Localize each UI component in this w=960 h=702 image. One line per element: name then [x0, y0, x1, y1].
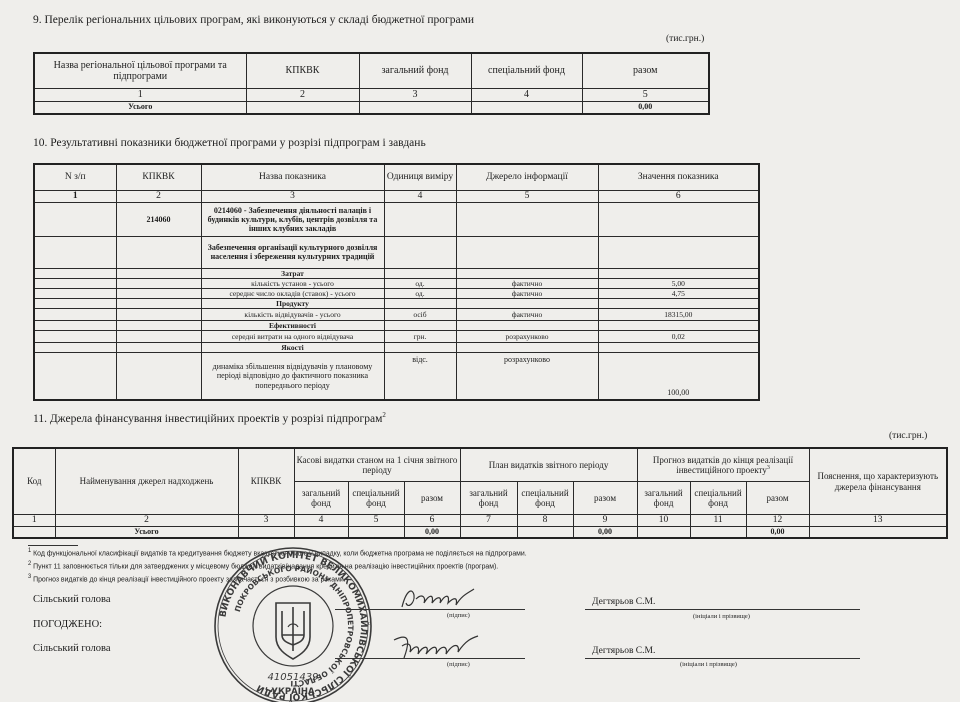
indicator-group-name: Продукту: [201, 298, 384, 308]
header-cell: загальний фонд: [637, 482, 690, 515]
empty-cell: [34, 202, 116, 236]
program-row: 214060 0214060 - Забезпечення діяльності…: [34, 202, 759, 236]
column-number: 2: [116, 191, 201, 203]
handwritten-signature: [398, 585, 478, 613]
empty-cell: [460, 527, 517, 539]
header-cell: спеціальний фонд: [348, 482, 404, 515]
empty-cell: [456, 298, 598, 308]
empty-cell: [34, 342, 116, 352]
header-cell: КПКВК: [246, 53, 359, 89]
indicator-group-name: Затрат: [201, 268, 384, 278]
signature-caption: (підпис): [447, 612, 470, 619]
column-number: 11: [690, 515, 746, 527]
section-9-title: 9. Перелік регіональних цільових програм…: [33, 14, 474, 26]
indicator-source: фактично: [456, 288, 598, 298]
empty-cell: [598, 236, 759, 268]
column-number: 5: [456, 191, 598, 203]
column-number: 4: [471, 89, 582, 102]
table-header-row: Назва регіональної цільової програми та …: [34, 53, 709, 89]
header-cell: Джерело інформації: [456, 164, 598, 191]
header-cell: загальний фонд: [359, 53, 471, 89]
empty-cell: [471, 101, 582, 114]
indicator-source: розрахунково: [456, 352, 598, 400]
empty-cell: [384, 320, 456, 330]
column-number: 9: [573, 515, 637, 527]
indicator-row: динаміка збільшення відвідувачів у плано…: [34, 352, 759, 400]
empty-cell: [116, 278, 201, 288]
column-number: 4: [294, 515, 348, 527]
column-number: 7: [460, 515, 517, 527]
empty-cell: [34, 288, 116, 298]
column-number: 10: [637, 515, 690, 527]
total-value: 0,00: [573, 527, 637, 539]
empty-cell: [34, 308, 116, 320]
header-cell: КПКВК: [238, 448, 294, 515]
indicator-source: розрахунково: [456, 330, 598, 342]
signatory-role: Сільський голова: [33, 643, 111, 654]
name-line: [585, 658, 860, 659]
empty-cell: [246, 101, 359, 114]
footnote-mark: 3: [28, 573, 31, 580]
empty-cell: [598, 320, 759, 330]
column-number-row: 1 2 3 4 5 6 7 8 9 10 11 12 13: [13, 515, 947, 527]
column-number: 4: [384, 191, 456, 203]
indicator-group-row: Продукту: [34, 298, 759, 308]
empty-cell: [116, 236, 201, 268]
indicator-row: кількість відвідувачів - усього осіб фак…: [34, 308, 759, 320]
empty-cell: [116, 342, 201, 352]
empty-cell: [456, 236, 598, 268]
signatory-name: Дегтярьов С.М.: [592, 646, 655, 656]
header-cell: КПКВК: [116, 164, 201, 191]
section-11-unit: (тис.грн.): [889, 431, 927, 441]
indicator-unit: од.: [384, 288, 456, 298]
total-row: Усього 0,00 0,00 0,00: [13, 527, 947, 539]
indicator-value: 0,02: [598, 330, 759, 342]
indicator-name: кількість відвідувачів - усього: [201, 308, 384, 320]
indicator-name: середнє число окладів (ставок) - усього: [201, 288, 384, 298]
header-cell: спеціальний фонд: [471, 53, 582, 89]
indicator-name: динаміка збільшення відвідувачів у плано…: [201, 352, 384, 400]
column-number-row: 1 2 3 4 5: [34, 89, 709, 102]
indicator-value: 5,00: [598, 278, 759, 288]
header-cell: загальний фонд: [294, 482, 348, 515]
investment-sources-table: Код Найменування джерел надходжень КПКВК…: [12, 447, 948, 539]
empty-cell: [116, 288, 201, 298]
empty-cell: [116, 352, 201, 400]
column-number: 3: [201, 191, 384, 203]
indicator-value: 4,75: [598, 288, 759, 298]
footnote-mark: 1: [28, 547, 31, 554]
indicator-row: кількість установ - усього од. фактично …: [34, 278, 759, 288]
empty-cell: [384, 202, 456, 236]
indicator-unit: од.: [384, 278, 456, 288]
indicator-value: 18315,00: [598, 308, 759, 320]
task-row: Забезпечення організації культурного доз…: [34, 236, 759, 268]
header-group-cell: Касові видатки станом на 1 січня звітног…: [294, 448, 460, 482]
total-value: 0,00: [404, 527, 460, 539]
footnote-divider: [28, 545, 78, 546]
indicator-row: середні витрати на одного відвідувача гр…: [34, 330, 759, 342]
empty-cell: [116, 298, 201, 308]
column-number: 1: [13, 515, 55, 527]
header-group-cell: Прогноз видатків до кінця реалізації інв…: [637, 448, 809, 482]
empty-cell: [809, 527, 947, 539]
empty-cell: [456, 202, 598, 236]
header-cell: N з/п: [34, 164, 116, 191]
indicator-row: середнє число окладів (ставок) - усього …: [34, 288, 759, 298]
empty-cell: [34, 352, 116, 400]
empty-cell: [456, 320, 598, 330]
indicator-source: фактично: [456, 308, 598, 320]
empty-cell: [598, 268, 759, 278]
empty-cell: [384, 236, 456, 268]
empty-cell: [637, 527, 690, 539]
column-number: 12: [746, 515, 809, 527]
kpkvk-code: 214060: [116, 202, 201, 236]
indicator-name: середні витрати на одного відвідувача: [201, 330, 384, 342]
header-cell: загальний фонд: [460, 482, 517, 515]
empty-cell: [384, 342, 456, 352]
indicator-unit: осіб: [384, 308, 456, 320]
header-cell: Значення показника: [598, 164, 759, 191]
empty-cell: [34, 320, 116, 330]
indicator-group-name: Ефективності: [201, 320, 384, 330]
program-name: 0214060 - Забезпечення діяльності палаці…: [201, 202, 384, 236]
empty-cell: [34, 330, 116, 342]
svg-text:41051439: 41051439: [268, 672, 319, 683]
empty-cell: [34, 236, 116, 268]
empty-cell: [598, 342, 759, 352]
empty-cell: [456, 342, 598, 352]
indicator-group-row: Затрат: [34, 268, 759, 278]
indicator-unit: грн.: [384, 330, 456, 342]
svg-text:УКРАЇНА: УКРАЇНА: [271, 686, 315, 697]
signatory-name: Дегтярьов С.М.: [592, 597, 655, 607]
empty-cell: [384, 298, 456, 308]
header-cell: Найменування джерел надходжень: [55, 448, 238, 515]
column-number: 1: [34, 191, 116, 203]
column-number: 8: [517, 515, 573, 527]
section-11-title: 11. Джерела фінансування інвестиційних п…: [33, 411, 386, 425]
empty-cell: [598, 298, 759, 308]
empty-cell: [13, 527, 55, 539]
name-caption: (ініціали і прізвище): [680, 661, 737, 668]
indicator-group-name: Якості: [201, 342, 384, 352]
column-number: 5: [348, 515, 404, 527]
empty-cell: [116, 268, 201, 278]
signature-caption: (підпис): [447, 661, 470, 668]
performance-indicators-table: N з/п КПКВК Назва показника Одиниця вимі…: [33, 163, 760, 401]
column-number: 5: [582, 89, 709, 102]
footnote-mark: 2: [28, 560, 31, 567]
regional-programs-table: Назва регіональної цільової програми та …: [33, 52, 710, 115]
section-11-title-text: 11. Джерела фінансування інвестиційних п…: [33, 413, 382, 425]
approved-label: ПОГОДЖЕНО:: [33, 619, 102, 630]
empty-cell: [690, 527, 746, 539]
header-cell: Одиниця виміру: [384, 164, 456, 191]
empty-cell: [238, 527, 294, 539]
name-caption: (ініціали і прізвище): [693, 613, 750, 620]
header-cell: Код: [13, 448, 55, 515]
empty-cell: [294, 527, 348, 539]
indicator-source: фактично: [456, 278, 598, 288]
handwritten-signature: [390, 632, 482, 662]
total-label: Усього: [55, 527, 238, 539]
indicator-group-row: Якості: [34, 342, 759, 352]
total-value: 0,00: [582, 101, 709, 114]
total-label: Усього: [34, 101, 246, 114]
column-number: 2: [55, 515, 238, 527]
official-seal-icon: ВИКОНАВЧИЙ КОМІТЕТ ВЕЛИКОМИХАЙЛІВСЬКОЇ С…: [212, 545, 374, 702]
column-number: 13: [809, 515, 947, 527]
signatory-role: Сільський голова: [33, 594, 111, 605]
total-row: Усього 0,00: [34, 101, 709, 114]
header-cell: разом: [582, 53, 709, 89]
header-group-text: Прогноз видатків до кінця реалізації інв…: [653, 455, 793, 475]
column-number: 3: [238, 515, 294, 527]
header-cell: Назва показника: [201, 164, 384, 191]
footnote-mark: 2: [382, 411, 386, 419]
column-number-row: 1 2 3 4 5 6: [34, 191, 759, 203]
table-header-row: Код Найменування джерел надходжень КПКВК…: [13, 448, 947, 482]
indicator-unit: відс.: [384, 352, 456, 400]
header-cell: Пояснення, що характеризують джерела фін…: [809, 448, 947, 515]
name-line: [585, 609, 860, 610]
indicator-group-row: Ефективності: [34, 320, 759, 330]
header-cell: Назва регіональної цільової програми та …: [34, 53, 246, 89]
empty-cell: [34, 268, 116, 278]
column-number: 3: [359, 89, 471, 102]
task-name: Забезпечення організації культурного доз…: [201, 236, 384, 268]
header-cell: разом: [404, 482, 460, 515]
empty-cell: [348, 527, 404, 539]
empty-cell: [116, 320, 201, 330]
empty-cell: [384, 268, 456, 278]
empty-cell: [517, 527, 573, 539]
column-number: 6: [404, 515, 460, 527]
column-number: 1: [34, 89, 246, 102]
empty-cell: [116, 308, 201, 320]
header-cell: спеціальний фонд: [517, 482, 573, 515]
svg-text:ПОКРОВСЬКОГО РАЙОНУ ДНІПРОПЕТР: ПОКРОВСЬКОГО РАЙОНУ ДНІПРОПЕТРОВСЬКОЇ ОБ…: [233, 564, 355, 688]
indicator-value: 100,00: [598, 352, 759, 400]
total-value: 0,00: [746, 527, 809, 539]
empty-cell: [456, 268, 598, 278]
empty-cell: [34, 298, 116, 308]
header-cell: разом: [573, 482, 637, 515]
table-header-row: N з/п КПКВК Назва показника Одиниця вимі…: [34, 164, 759, 191]
column-number: 2: [246, 89, 359, 102]
section-9-unit: (тис.грн.): [666, 34, 704, 44]
header-cell: разом: [746, 482, 809, 515]
empty-cell: [598, 202, 759, 236]
empty-cell: [34, 278, 116, 288]
footnote-mark: 3: [767, 465, 770, 471]
empty-cell: [359, 101, 471, 114]
header-cell: спеціальний фонд: [690, 482, 746, 515]
header-group-cell: План видатків звітного періоду: [460, 448, 637, 482]
column-number: 6: [598, 191, 759, 203]
indicator-name: кількість установ - усього: [201, 278, 384, 288]
section-10-title: 10. Результативні показники бюджетної пр…: [33, 137, 426, 149]
empty-cell: [116, 330, 201, 342]
